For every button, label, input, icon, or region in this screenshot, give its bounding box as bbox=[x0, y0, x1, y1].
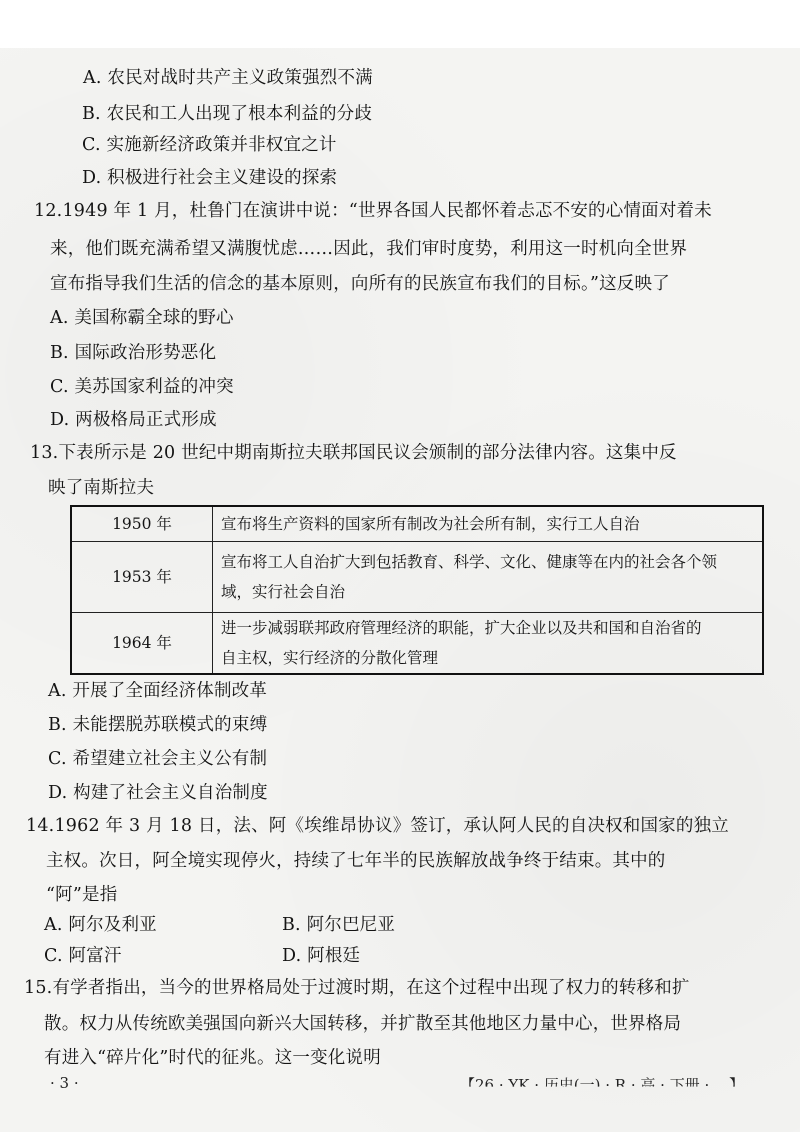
prev-option-d: D. 积极进行社会主义建设的探索 bbox=[82, 168, 337, 188]
yugoslavia-law-table: 1950 年 宣布将生产资料的国家所有制改为社会所有制，实行工人自治 1953 … bbox=[70, 505, 764, 675]
q13-stem-line-1: 13.下表所示是 20 世纪中期南斯拉夫联邦国民议会颁制的部分法律内容。这集中反 bbox=[30, 443, 677, 463]
q13-option-b: B. 未能摆脱苏联模式的束缚 bbox=[48, 715, 267, 735]
q14-option-a: A. 阿尔及利亚 bbox=[44, 915, 157, 935]
q13-option-a: A. 开展了全面经济体制改革 bbox=[48, 681, 267, 701]
q12-stem-line-1: 12.1949 年 1 月，杜鲁门在演讲中说：“世界各国人民都怀着忐忑不安的心情… bbox=[34, 201, 712, 221]
page-number: · 3 · bbox=[50, 1074, 79, 1092]
q13-option-c: C. 希望建立社会主义公有制 bbox=[48, 749, 267, 769]
table-year: 1953 年 bbox=[71, 542, 213, 613]
table-row: 1964 年 进一步减弱联邦政府管理经济的职能，扩大企业以及共和国和自治省的自主… bbox=[71, 613, 763, 675]
q12-option-a: A. 美国称霸全球的野心 bbox=[50, 308, 234, 328]
table-row: 1950 年 宣布将生产资料的国家所有制改为社会所有制，实行工人自治 bbox=[71, 506, 763, 542]
q13-option-d: D. 构建了社会主义自治制度 bbox=[48, 783, 268, 803]
q13-number: 13. bbox=[30, 443, 58, 463]
q14-stem-line-3: “阿”是指 bbox=[46, 885, 117, 905]
q12-stem-line-3: 宣布指导我们生活的信念的基本原则，向所有的民族宣布我们的目标。”这反映了 bbox=[50, 274, 670, 294]
table-year: 1950 年 bbox=[71, 506, 213, 542]
table-year: 1964 年 bbox=[71, 613, 213, 675]
q15-stem-line-1: 15.有学者指出，当今的世界格局处于过渡时期，在这个过程中出现了权力的转移和扩 bbox=[24, 978, 690, 998]
q12-option-c: C. 美苏国家利益的冲突 bbox=[50, 377, 234, 397]
table-content: 宣布将工人自治扩大到包括教育、科学、文化、健康等在内的社会各个领域，实行社会自治 bbox=[213, 542, 764, 613]
q12-number: 12. bbox=[34, 201, 62, 221]
q14-option-b: B. 阿尔巴尼亚 bbox=[282, 915, 395, 935]
q14-number: 14. bbox=[26, 816, 54, 836]
table-content: 宣布将生产资料的国家所有制改为社会所有制，实行工人自治 bbox=[213, 506, 764, 542]
prev-option-a: A. 农民对战时共产主义政策强烈不满 bbox=[83, 68, 373, 88]
q13-stem-line-2: 映了南斯拉夫 bbox=[48, 478, 154, 498]
table-content: 进一步减弱联邦政府管理经济的职能，扩大企业以及共和国和自治省的自主权，实行经济的… bbox=[213, 613, 764, 675]
q15-number: 15. bbox=[24, 978, 52, 998]
prev-option-c: C. 实施新经济政策并非权宜之计 bbox=[82, 135, 337, 155]
prev-option-b: B. 农民和工人出现了根本利益的分歧 bbox=[82, 104, 372, 124]
q14-stem-line-1: 14.1962 年 3 月 18 日，法、阿《埃维昂协议》签订，承认阿人民的自决… bbox=[26, 816, 729, 836]
q14-option-d: D. 阿根廷 bbox=[282, 946, 360, 966]
q12-option-b: B. 国际政治形势恶化 bbox=[50, 343, 216, 363]
q12-stem-line-2: 来，他们既充满希望又满腹忧虑……因此，我们审时度势，利用这一时机向全世界 bbox=[50, 239, 687, 259]
q14-option-c: C. 阿富汗 bbox=[44, 946, 122, 966]
table-row: 1953 年 宣布将工人自治扩大到包括教育、科学、文化、健康等在内的社会各个领域… bbox=[71, 542, 763, 613]
q12-option-d: D. 两极格局正式形成 bbox=[50, 410, 217, 430]
q15-stem-line-3: 有进入“碎片化”时代的征兆。这一变化说明 bbox=[44, 1048, 381, 1068]
q15-stem-line-2: 散。权力从传统欧美强国向新兴大国转移，并扩散至其他地区力量中心，世界格局 bbox=[44, 1014, 681, 1034]
q14-stem-line-2: 主权。次日，阿全境实现停火，持续了七年半的民族解放战争终于结束。其中的 bbox=[46, 851, 666, 871]
